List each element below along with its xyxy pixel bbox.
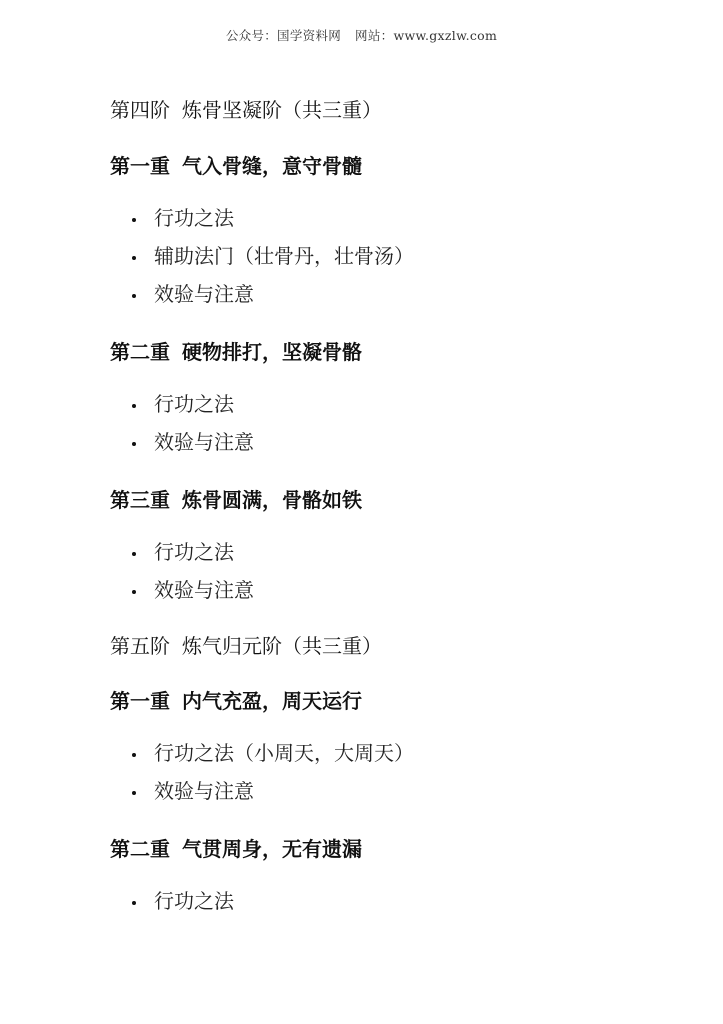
level-prefix: 第二重 — [110, 837, 170, 861]
level-title: 内气充盈，周天运行 — [182, 689, 362, 713]
bullet-icon — [132, 218, 136, 222]
bullet-icon — [132, 404, 136, 408]
list-item: 行功之法 — [110, 888, 234, 926]
stage-heading: 第四阶炼骨坚凝阶（共三重） — [110, 94, 382, 123]
wechat-label: 公众号：国学资料网 — [226, 28, 341, 43]
item-list: 行功之法 效验与注意 — [110, 391, 254, 467]
page-header: 公众号：国学资料网网站：www.gxzlw.com — [0, 26, 723, 44]
list-item: 行功之法（小周天，大周天） — [110, 740, 414, 778]
level-heading: 第一重气入骨缝，意守骨髓 — [110, 150, 362, 179]
item-list: 行功之法 — [110, 888, 234, 926]
level-title: 气贯周身，无有遗漏 — [182, 837, 362, 861]
bullet-icon — [132, 791, 136, 795]
level-prefix: 第三重 — [110, 488, 170, 512]
list-item: 效验与注意 — [110, 577, 254, 615]
list-item: 辅助法门（壮骨丹，壮骨汤） — [110, 243, 414, 281]
stage-title: 炼骨坚凝阶（共三重） — [182, 98, 382, 122]
bullet-icon — [132, 552, 136, 556]
list-item: 效验与注意 — [110, 778, 414, 816]
level-title: 炼骨圆满，骨骼如铁 — [182, 488, 362, 512]
level-prefix: 第二重 — [110, 340, 170, 364]
level-heading: 第三重炼骨圆满，骨骼如铁 — [110, 484, 362, 513]
level-prefix: 第一重 — [110, 154, 170, 178]
level-heading: 第二重硬物排打，坚凝骨骼 — [110, 336, 362, 365]
list-item: 行功之法 — [110, 205, 414, 243]
list-item: 行功之法 — [110, 391, 254, 429]
bullet-icon — [132, 753, 136, 757]
item-list: 行功之法（小周天，大周天） 效验与注意 — [110, 740, 414, 816]
level-prefix: 第一重 — [110, 689, 170, 713]
bullet-icon — [132, 590, 136, 594]
bullet-icon — [132, 256, 136, 260]
stage-prefix: 第五阶 — [110, 634, 170, 658]
list-item: 效验与注意 — [110, 281, 414, 319]
level-title: 硬物排打，坚凝骨骼 — [182, 340, 362, 364]
list-item: 效验与注意 — [110, 429, 254, 467]
level-heading: 第二重气贯周身，无有遗漏 — [110, 833, 362, 862]
list-item: 行功之法 — [110, 539, 254, 577]
stage-heading: 第五阶炼气归元阶（共三重） — [110, 630, 382, 659]
item-list: 行功之法 辅助法门（壮骨丹，壮骨汤） 效验与注意 — [110, 205, 414, 319]
stage-title: 炼气归元阶（共三重） — [182, 634, 382, 658]
bullet-icon — [132, 294, 136, 298]
website-label: 网站：www.gxzlw.com — [355, 28, 497, 43]
stage-prefix: 第四阶 — [110, 98, 170, 122]
bullet-icon — [132, 901, 136, 905]
level-heading: 第一重内气充盈，周天运行 — [110, 685, 362, 714]
level-title: 气入骨缝，意守骨髓 — [182, 154, 362, 178]
item-list: 行功之法 效验与注意 — [110, 539, 254, 615]
bullet-icon — [132, 442, 136, 446]
